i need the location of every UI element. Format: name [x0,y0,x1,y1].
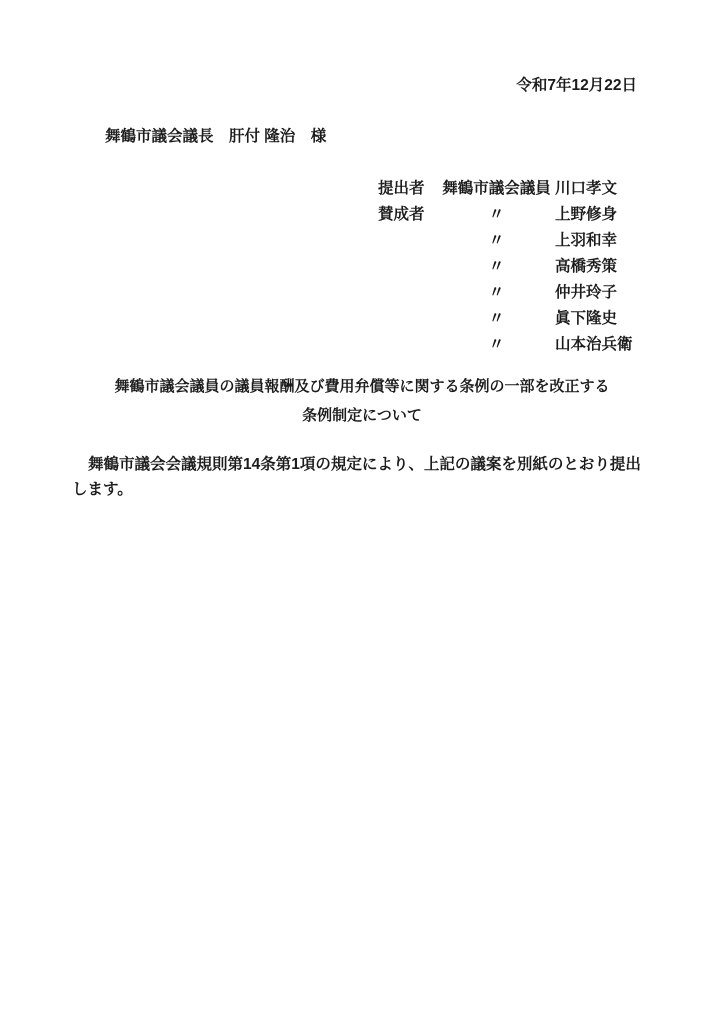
submitter-affiliation: 〃 [438,202,555,224]
submitter-role: 賛成者 [378,202,438,224]
submitter-name: 仲井玲子 [555,280,617,302]
submitter-affiliation: 〃 [438,306,555,328]
submitter-affiliation: 〃 [438,332,555,354]
recipient-line: 舞鶴市議会議長 肝付 隆治 様 [105,128,326,146]
submitter-row: 〃 高橋秀策 [378,252,633,278]
submitter-row: 提出者 舞鶴市議会議員 川口孝文 [378,174,633,200]
submitter-name: 上羽和幸 [555,228,617,250]
submitter-row: 〃 眞下隆史 [378,304,633,330]
submitter-row: 賛成者 〃 上野修身 [378,200,633,226]
submitter-affiliation: 〃 [438,280,555,302]
submitter-name: 高橋秀策 [555,254,617,276]
document-body-line2: します。 [72,478,656,503]
submitter-row: 〃 山本治兵衛 [378,330,633,356]
document-body-line1: 舞鶴市議会会議規則第14条第1項の規定により、上記の議案を別紙のとおり提出 [72,453,656,478]
submitter-affiliation: 〃 [438,228,555,250]
submitter-affiliation: 舞鶴市議会議員 [438,176,555,198]
submitter-affiliation: 〃 [438,254,555,276]
submitter-name: 山本治兵衛 [555,332,633,354]
submitter-name: 上野修身 [555,202,617,224]
document-date: 令和7年12月22日 [516,77,637,95]
submitter-row: 〃 上羽和幸 [378,226,633,252]
submitter-name: 眞下隆史 [555,306,617,328]
submitter-name: 川口孝文 [555,176,617,198]
document-title: 舞鶴市議会議員の議員報酬及び費用弁償等に関する条例の一部を改正する 条例制定につ… [0,372,724,430]
document-title-line1: 舞鶴市議会議員の議員報酬及び費用弁償等に関する条例の一部を改正する [0,372,724,401]
submitter-table: 提出者 舞鶴市議会議員 川口孝文 賛成者 〃 上野修身 〃 上羽和幸 〃 高橋秀… [378,174,633,356]
submitter-role: 提出者 [378,176,438,198]
submitter-row: 〃 仲井玲子 [378,278,633,304]
document-page: 令和7年12月22日 舞鶴市議会議長 肝付 隆治 様 提出者 舞鶴市議会議員 川… [0,0,724,1024]
document-body: 舞鶴市議会会議規則第14条第1項の規定により、上記の議案を別紙のとおり提出 しま… [72,453,656,502]
document-title-line2: 条例制定について [0,401,724,430]
